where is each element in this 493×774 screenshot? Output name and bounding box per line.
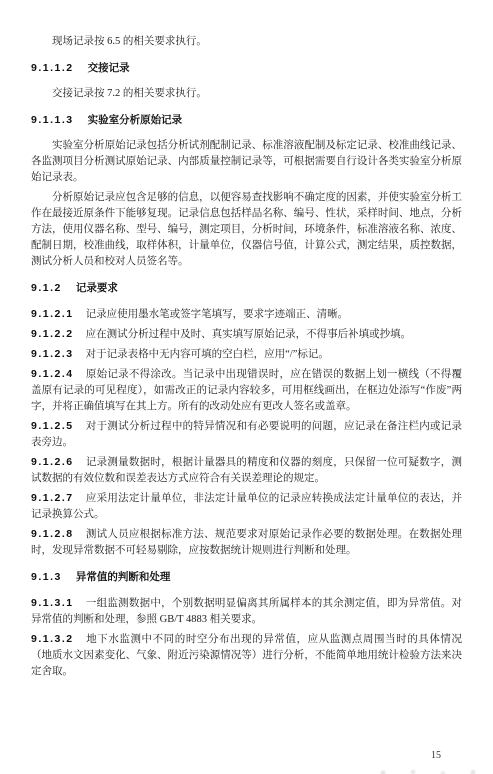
clause-number: 9.1.2.2 (31, 328, 74, 340)
section-number: 9.1.2 (31, 282, 62, 294)
clause-number: 9.1.3.2 (31, 633, 74, 645)
section-heading-9112: 9.1.1.2交接记录 (31, 60, 462, 76)
clause-text: 记录测量数据时，根据计量器具的精度和仪器的刻度，只保留一位可疑数字，测试数据的有… (31, 457, 462, 484)
section-heading-912: 9.1.2记录要求 (31, 280, 462, 296)
clause-9128: 9.1.2.8测试人员应根据标准方法、规范要求对原始记录作必要的数据处理。在数据… (31, 526, 462, 559)
page-number: 15 (431, 750, 441, 761)
clause-9123: 9.1.2.3对于记录表格中无内容可填的空白栏，应用“/”标记。 (31, 346, 462, 363)
section-heading-9113: 9.1.1.3实验室分析原始记录 (31, 112, 462, 128)
section-title: 异常值的判断和处理 (76, 571, 171, 583)
clause-number: 9.1.2.1 (31, 308, 74, 320)
section-heading-913: 9.1.3异常值的判断和处理 (31, 569, 462, 585)
section-number: 9.1.3 (31, 571, 62, 583)
clause-text: 记录应使用墨水笔或签字笔填写，要求字迹端正、清晰。 (86, 309, 349, 320)
clause-text: 对于测试分析过程中的特异情况和有必要说明的问题，应记录在备注栏内或记录表旁边。 (31, 421, 462, 448)
clause-text: 对于记录表格中无内容可填的空白栏，应用“/”标记。 (86, 349, 329, 360)
paragraph-lab-record-scope: 实验室分析原始记录包括分析试剂配制记录、标准溶液配制及标定记录、校准曲线记录、各… (31, 138, 462, 186)
paragraph-field-record: 现场记录按 6.5 的相关要求执行。 (31, 34, 462, 50)
clause-text: 一组监测数据中，个别数据明显偏离其所属样本的其余测定值，即为异常值。对异常值的判… (31, 598, 462, 625)
section-title: 交接记录 (88, 62, 130, 74)
section-number: 9.1.1.2 (31, 62, 74, 74)
clause-9121: 9.1.2.1记录应使用墨水笔或签字笔填写，要求字迹端正、清晰。 (31, 306, 462, 323)
clause-text: 地下水监测中不同的时空分布出现的异常值，应从监测点周围当时的具体情况（地质水文因… (31, 634, 462, 677)
section-number: 9.1.1.3 (31, 114, 74, 126)
clause-text: 原始记录不得涂改。当记录中出现错误时，应在错误的数据上划一横线（不得覆盖原有记录… (31, 369, 462, 412)
clause-number: 9.1.2.7 (31, 492, 74, 504)
clause-9127: 9.1.2.7应采用法定计量单位，非法定计量单位的记录应转换成法定计量单位的表达… (31, 490, 462, 523)
paragraph-record-information: 分析原始记录应包含足够的信息，以便容易查找影响不确定度的因素，并使实验室分析工作… (31, 190, 462, 270)
clause-9131: 9.1.3.1一组监测数据中，个别数据明显偏离其所属样本的其余测定值，即为异常值… (31, 595, 462, 628)
clause-number: 9.1.3.1 (31, 597, 74, 609)
section-title: 实验室分析原始记录 (88, 114, 183, 126)
scan-artifact (371, 768, 491, 774)
clause-9122: 9.1.2.2应在测试分析过程中及时、真实填写原始记录，不得事后补填或抄填。 (31, 326, 462, 343)
clause-number: 9.1.2.5 (31, 420, 74, 432)
clause-number: 9.1.2.6 (31, 456, 74, 468)
clause-text: 应在测试分析过程中及时、真实填写原始记录，不得事后补填或抄填。 (86, 329, 412, 340)
clause-number: 9.1.2.3 (31, 348, 74, 360)
clause-text: 测试人员应根据标准方法、规范要求对原始记录作必要的数据处理。在数据处理时，发现异… (31, 529, 462, 556)
section-title: 记录要求 (76, 282, 118, 294)
clause-text: 应采用法定计量单位，非法定计量单位的记录应转换成法定计量单位的表达，并记录换算公… (31, 493, 462, 520)
clause-number: 9.1.2.8 (31, 528, 74, 540)
clause-9125: 9.1.2.5对于测试分析过程中的特异情况和有必要说明的问题，应记录在备注栏内或… (31, 418, 462, 451)
clause-9126: 9.1.2.6记录测量数据时，根据计量器具的精度和仪器的刻度，只保留一位可疑数字… (31, 454, 462, 487)
document-page: 现场记录按 6.5 的相关要求执行。 9.1.1.2交接记录 交接记录按 7.2… (0, 0, 493, 774)
clause-9124: 9.1.2.4原始记录不得涂改。当记录中出现错误时，应在错误的数据上划一横线（不… (31, 366, 462, 415)
paragraph-handover-record: 交接记录按 7.2 的相关要求执行。 (31, 86, 462, 102)
clause-9132: 9.1.3.2地下水监测中不同的时空分布出现的异常值，应从监测点周围当时的具体情… (31, 631, 462, 680)
clause-number: 9.1.2.4 (31, 368, 74, 380)
